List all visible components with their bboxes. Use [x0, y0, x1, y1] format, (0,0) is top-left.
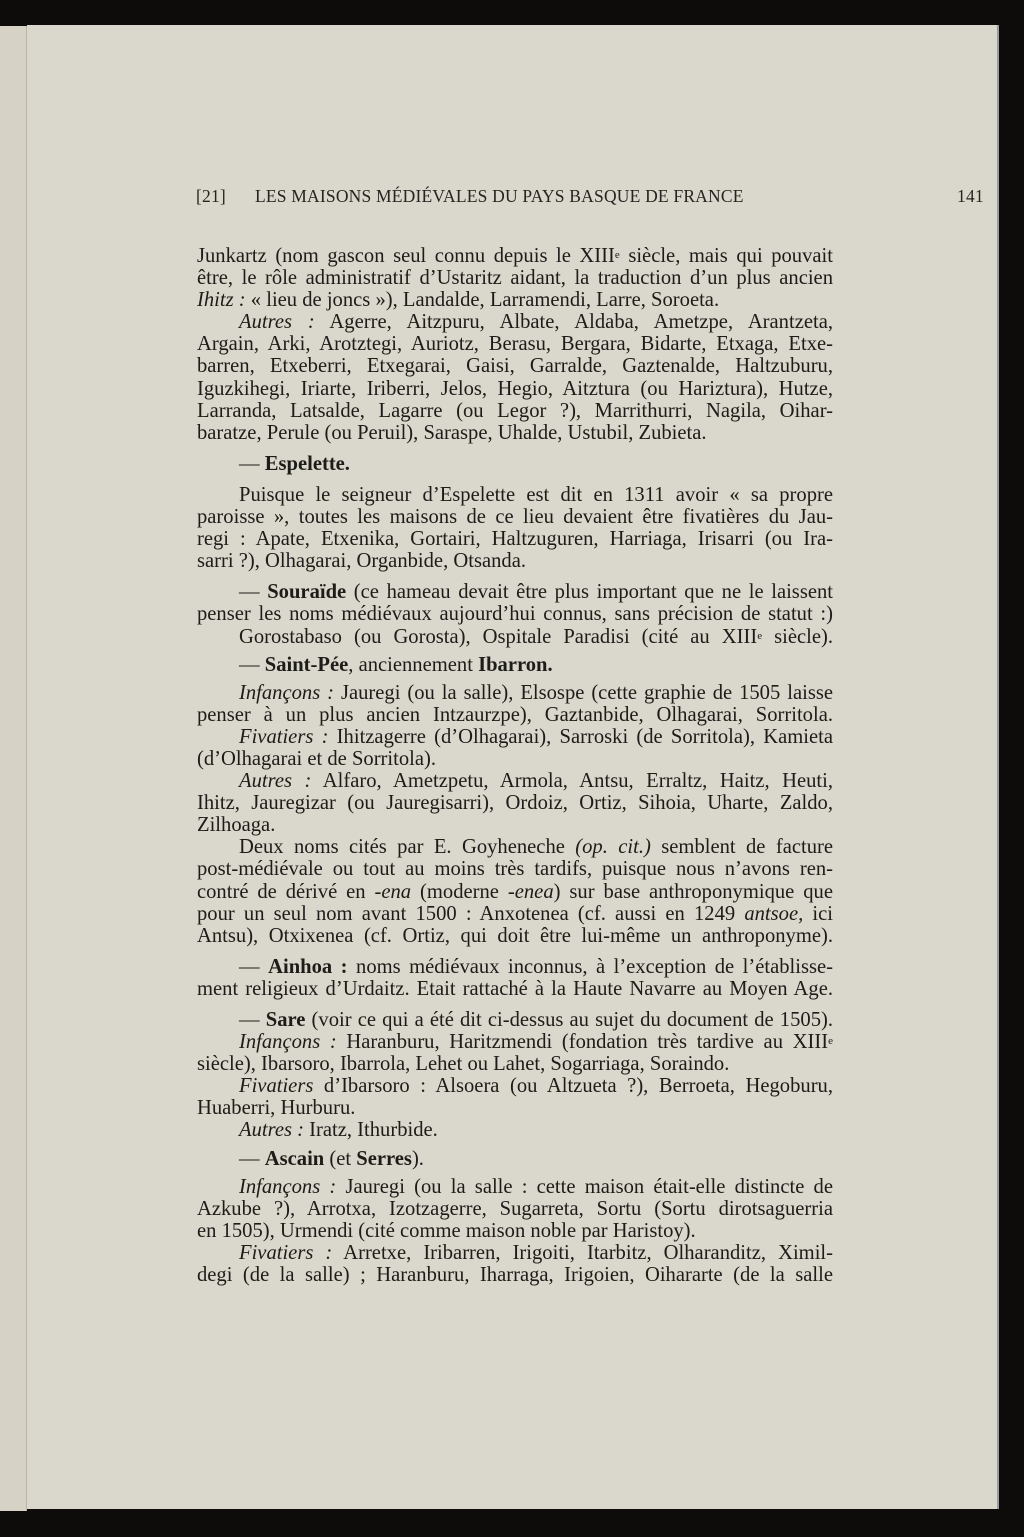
- text-line: — Sare (voir ce qui a été dit ci-dessus …: [197, 1009, 833, 1031]
- text-line: Infançons : Jauregi (ou la salle), Elsos…: [197, 682, 833, 704]
- text-line: Huaberri, Hurburu.: [197, 1097, 833, 1119]
- text-line: Argain, Arki, Arotztegi, Auriotz, Berasu…: [197, 333, 833, 355]
- text-line: — Espelette.: [197, 453, 833, 475]
- text-line: (d’Olhagarai et de Sorritola).: [197, 748, 833, 770]
- text-line: Deux noms cités par E. Goyheneche (op. c…: [197, 836, 833, 858]
- text-line: être, le rôle administratif d’Ustaritz a…: [197, 267, 833, 289]
- text-line: Puisque le seigneur d’Espelette est dit …: [197, 484, 833, 506]
- text-line: Gorostabaso (ou Gorosta), Ospitale Parad…: [197, 626, 833, 648]
- text-line: Azkube ?), Arrotxa, Izotzagerre, Sugarre…: [197, 1198, 833, 1220]
- text-line: — Saint-Pée, anciennement Ibarron.: [197, 654, 833, 676]
- text-line: contré de dérivé en -ena (moderne -enea)…: [197, 881, 833, 903]
- text-line: Autres : Iratz, Ithurbide.: [197, 1119, 833, 1141]
- text-line: Fivatiers : Ihitzagerre (d’Olhagarai), S…: [197, 726, 833, 748]
- text-line: Ihitz, Jauregizar (ou Jauregisarri), Ord…: [197, 792, 833, 814]
- text-line: en 1505), Urmendi (cité comme maison nob…: [197, 1220, 833, 1242]
- text-line: — Ainhoa : noms médiévaux inconnus, à l’…: [197, 956, 833, 978]
- text-line: Ihitz : « lieu de joncs »), Landalde, La…: [197, 289, 833, 311]
- text-line: Autres : Agerre, Aitzpuru, Albate, Aldab…: [197, 311, 833, 333]
- text-line: Antsu), Otxixenea (cf. Ortiz, qui doit ê…: [197, 925, 833, 947]
- text-line: pour un seul nom avant 1500 : Anxotenea …: [197, 903, 833, 925]
- text-line: penser les noms médiévaux aujourd’hui co…: [197, 603, 833, 625]
- text-line: siècle), Ibarsoro, Ibarrola, Lehet ou La…: [197, 1053, 833, 1075]
- text-line: — Ascain (et Serres).: [197, 1148, 833, 1170]
- text-line: Junkartz (nom gascon seul connu depuis l…: [197, 245, 833, 267]
- text-line: Larranda, Latsalde, Lagarre (ou Legor ?)…: [197, 400, 833, 422]
- text-line: Iguzkihegi, Iriarte, Iriberri, Jelos, He…: [197, 378, 833, 400]
- previous-page-edge: [0, 26, 27, 1511]
- running-title: LES MAISONS MÉDIÉVALES DU PAYS BASQUE DE…: [255, 186, 744, 207]
- text-line: ment religieux d’Urdaitz. Etait rattaché…: [197, 978, 833, 1000]
- text-line: barren, Etxeberri, Etxegarai, Gaisi, Gar…: [197, 355, 833, 377]
- text-line: sarri ?), Olhagarai, Organbide, Otsanda.: [197, 550, 833, 572]
- text-line: paroisse », toutes les maisons de ce lie…: [197, 506, 833, 528]
- text-line: regi : Apate, Etxenika, Gortairi, Haltzu…: [197, 528, 833, 550]
- text-line: Autres : Alfaro, Ametzpetu, Armola, Ants…: [197, 770, 833, 792]
- text-line: — Souraïde (ce hameau devait être plus i…: [197, 581, 833, 603]
- text-line: post-médiévale ou tout au moins très tar…: [197, 858, 833, 880]
- text-line: penser à un plus ancien Intzaurzpe), Gaz…: [197, 704, 833, 726]
- text-line: Fivatiers : Arretxe, Iribarren, Irigoiti…: [197, 1242, 833, 1264]
- text-line: Infançons : Haranburu, Haritzmendi (fond…: [197, 1031, 833, 1053]
- text-line: degi (de la salle) ; Haranburu, Iharraga…: [197, 1264, 833, 1286]
- section-number: [21]: [196, 186, 226, 207]
- body-text: Junkartz (nom gascon seul connu depuis l…: [197, 245, 833, 1286]
- text-line: Fivatiers d’Ibarsoro : Alsoera (ou Altzu…: [197, 1075, 833, 1097]
- text-line: Infançons : Jauregi (ou la salle : cette…: [197, 1176, 833, 1198]
- page-number: 141: [957, 186, 984, 207]
- text-line: baratze, Perule (ou Peruil), Saraspe, Uh…: [197, 422, 833, 444]
- text-line: Zilhoaga.: [197, 814, 833, 836]
